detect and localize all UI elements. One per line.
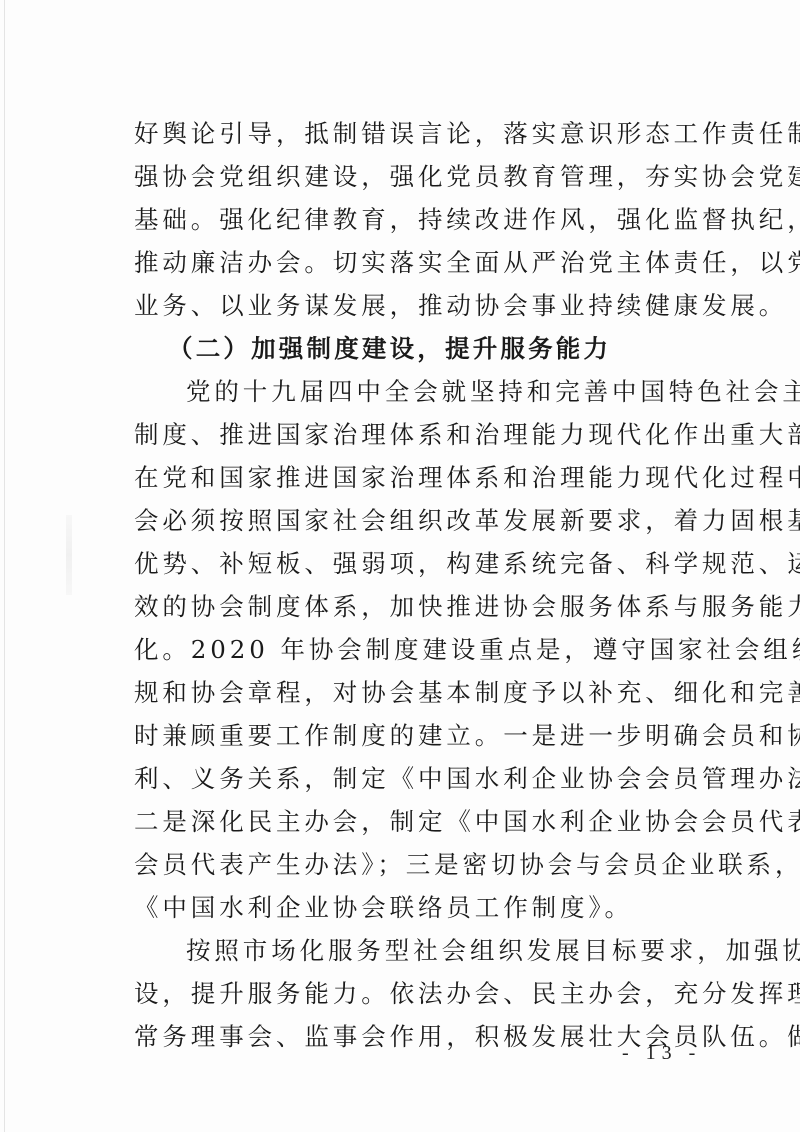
text-line: 规和协会章程，对协会基本制度予以补充、细化和完善，同 bbox=[134, 671, 694, 714]
text-line: 好舆论引导，抵制错误言论，落实意识形态工作责任制。加 bbox=[134, 112, 694, 155]
scan-edge bbox=[4, 0, 5, 1132]
text-line: 推动廉洁办会。切实落实全面从严治党主体责任，以党建促 bbox=[134, 241, 694, 284]
text-line: 《中国水利企业协会联络员工作制度》。 bbox=[134, 886, 694, 929]
text-line: 化。2020 年协会制度建设重点是，遵守国家社会组织政策法 bbox=[134, 628, 694, 671]
scan-artifact bbox=[66, 515, 72, 595]
text-line: 基础。强化纪律教育，持续改进作风，强化监督执纪，大力 bbox=[134, 198, 694, 241]
text-line: 按照市场化服务型社会组织发展目标要求，加强协会建 bbox=[134, 929, 694, 972]
text-line: 优势、补短板、强弱项，构建系统完备、科学规范、运行有 bbox=[134, 542, 694, 585]
text-line: 利、义务关系，制定《中国水利企业协会会员管理办法》； bbox=[134, 757, 694, 800]
text-line: 强协会党组织建设，强化党员教育管理，夯实协会党建工作 bbox=[134, 155, 694, 198]
document-page: 好舆论引导，抵制错误言论，落实意识形态工作责任制。加 强协会党组织建设，强化党员… bbox=[0, 0, 800, 1132]
text-line: 时兼顾重要工作制度的建立。一是进一步明确会员和协会权 bbox=[134, 714, 694, 757]
text-line: 常务理事会、监事会作用，积极发展壮大会员队伍。做好民 bbox=[134, 1015, 694, 1058]
text-line: 业务、以业务谋发展，推动协会事业持续健康发展。 bbox=[134, 284, 694, 327]
text-line: 会必须按照国家社会组织改革发展新要求，着力固根基、扬 bbox=[134, 499, 694, 542]
text-line: 会员代表产生办法》；三是密切协会与会员企业联系，制定 bbox=[134, 843, 694, 886]
text-line: 二是深化民主办会，制定《中国水利企业协会会员代表大会 bbox=[134, 800, 694, 843]
text-line: 效的协会制度体系，加快推进协会服务体系与服务能力现代 bbox=[134, 585, 694, 628]
document-body: 好舆论引导，抵制错误言论，落实意识形态工作责任制。加 强协会党组织建设，强化党员… bbox=[134, 112, 694, 1058]
text-line: 党的十九届四中全会就坚持和完善中国特色社会主义 bbox=[134, 370, 694, 413]
text-line: 设，提升服务能力。依法办会、民主办会，充分发挥理事会、 bbox=[134, 972, 694, 1015]
text-line: 在党和国家推进国家治理体系和治理能力现代化过程中，协 bbox=[134, 456, 694, 499]
text-line: 制度、推进国家治理体系和治理能力现代化作出重大部署。 bbox=[134, 413, 694, 456]
page-number: - 13 - bbox=[622, 1042, 701, 1065]
section-heading: （二）加强制度建设，提升服务能力 bbox=[134, 327, 694, 370]
